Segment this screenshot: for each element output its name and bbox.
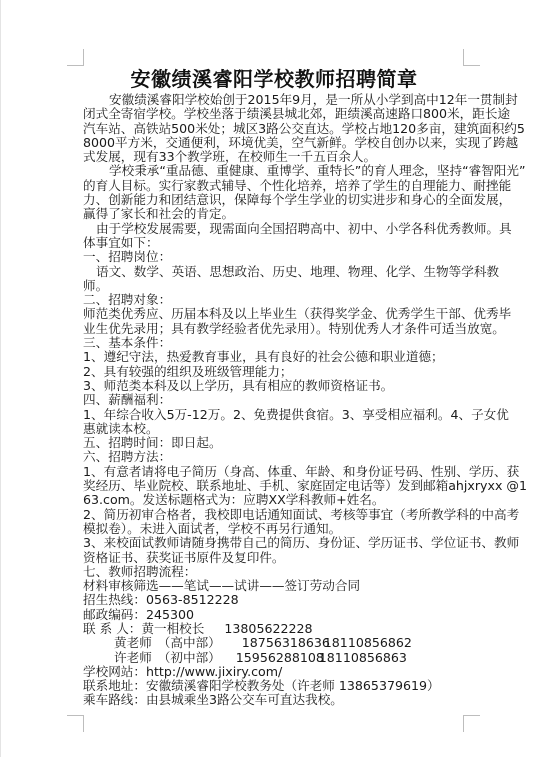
- text-line: 的育人目标。实行家教式辅导、个性化培养，培养了学生的自理能力、耐挫能: [83, 179, 465, 193]
- section-heading: 六、招聘方法：: [83, 450, 465, 464]
- address-value: 安徽绩溪睿阳学校教务处（许老师 13865379619）: [146, 678, 440, 693]
- section-heading: 三、基本条件：: [83, 336, 465, 350]
- section-process: 七、教师招聘流程： 材料审核筛选——笔试——试讲——签订劳动合同: [83, 565, 465, 594]
- route-row: 乘车路线：由县城乘坐3路公交车可直达我校。: [83, 693, 465, 707]
- text-line: 学校秉承“重品德、重健康、重博学、重特长”的育人理念，坚持“睿智阳光”: [83, 164, 465, 178]
- section-heading: 五、招聘时间：即日起。: [83, 436, 465, 450]
- contact-phone: 13805622228: [223, 621, 312, 636]
- section-time: 五、招聘时间：即日起。: [83, 436, 465, 450]
- text-line: 惠就读本校。: [83, 422, 465, 436]
- website-link[interactable]: http://www.jixiry.com/: [146, 664, 282, 679]
- contact-person-row: 黄老师（高中部）1875631863618110856862: [83, 636, 465, 650]
- text-line: 3、师范类本科及以上学历，具有相应的教师资格证书。: [83, 379, 465, 393]
- contact-block: 招生热线：0563-8512228 邮政编码：245300 联 系 人：黄一相校…: [83, 593, 465, 707]
- postcode-label: 邮政编码：: [83, 607, 146, 622]
- contact-name: 黄一相校长: [141, 622, 223, 636]
- contact-person-row: 联 系 人：黄一相校长13805622228: [83, 622, 465, 636]
- document-body: 安徽绩溪睿阳学校教师招聘简章 安徽绩溪睿阳学校始创于2015年9月，是一所从小学…: [83, 66, 465, 708]
- intro-paragraph: 安徽绩溪睿阳学校始创于2015年9月，是一所从小学到高中12年一贯制封 闭式全寄…: [83, 93, 465, 164]
- text-line: 3、来校面试教师请随身携带自己的简历、身份证、学历证书、学位证书、教师: [83, 536, 465, 550]
- address-row: 联系地址：安徽绩溪睿阳学校教务处（许老师 13865379619）: [83, 679, 465, 693]
- margin-corner-bottom-right: [463, 715, 480, 732]
- contact-phone: 18110856862: [324, 635, 412, 650]
- text-line: 力、创新能力和团结意识，保障每个学生学业的切实进步和身心的全面发展，: [83, 193, 465, 207]
- contact-name: 黄老师: [114, 635, 152, 650]
- route-value: 由县城乘坐3路公交车可直达我校。: [146, 692, 343, 707]
- text-line: 师。: [83, 279, 465, 293]
- text-line: 材料审核筛选——笔试——试讲——签订劳动合同: [83, 579, 465, 593]
- text-line: 63.com。发送标题格式为：应聘XX学科教师+姓名。: [83, 493, 465, 507]
- margin-corner-top-right: [463, 49, 480, 66]
- recruit-intro-paragraph: 由于学校发展需要，现需面向全国招聘高中、初中、小学各科优秀教师。具 体事宜如下：: [83, 222, 465, 251]
- hotline-value: 0563-8512228: [146, 592, 239, 607]
- page-edge: [0, 0, 1, 757]
- text-line: 语文、数学、英语、思想政治、历史、地理、物理、化学、生物等学科教: [83, 265, 465, 279]
- text-line: 2、具有较强的组织及班级管理能力；: [83, 365, 465, 379]
- text-line: 1、遵纪守法，热爱教育事业，具有良好的社会公德和职业道德；: [83, 350, 465, 364]
- address-label: 联系地址：: [83, 678, 146, 693]
- hotline-label: 招生热线：: [83, 592, 146, 607]
- section-heading: 二、招聘对象：: [83, 293, 465, 307]
- text-line: 安徽绩溪睿阳学校始创于2015年9月，是一所从小学到高中12年一贯制封: [83, 93, 465, 107]
- website-label: 学校网站：: [83, 664, 146, 679]
- text-line: 奖经历、毕业院校、联系地址、手机、家庭固定电话等）发到邮箱ahjxryxx @1: [83, 479, 465, 493]
- contact-label: 联 系 人：: [83, 621, 141, 636]
- text-line: 师范类优秀应、历届本科及以上毕业生（获得奖学金、优秀学生干部、优秀毕: [83, 307, 465, 321]
- section-benefits: 四、薪酬福利： 1、年综合收入5万-12万。2、免费提供食宿。3、享受相应福利。…: [83, 393, 465, 436]
- contact-dept: （高中部）: [152, 636, 242, 650]
- contact-phone: 15956288108: [236, 651, 319, 665]
- postcode-row: 邮政编码：245300: [83, 608, 465, 622]
- text-line: 汽车站、高铁站500米处；城区3路公交直达。学校占地120多亩，建筑面积约5: [83, 122, 465, 136]
- contact-phone: 18110856863: [319, 650, 407, 665]
- contact-phone: 18756318636: [242, 636, 324, 650]
- text-line: 由于学校发展需要，现需面向全国招聘高中、初中、小学各科优秀教师。具: [83, 222, 465, 236]
- section-requirements: 三、基本条件： 1、遵纪守法，热爱教育事业，具有良好的社会公德和职业道德； 2、…: [83, 336, 465, 393]
- contact-person-row: 许老师（初中部）1595628810818110856863: [83, 651, 465, 665]
- margin-corner-bottom-left: [67, 715, 84, 732]
- text-line: 资格证书、获奖证书原件及复印件。: [83, 551, 465, 565]
- text-line: 式发展，现有33个教学班，在校师生一千五百余人。: [83, 150, 465, 164]
- text-line: 1、年综合收入5万-12万。2、免费提供食宿。3、享受相应福利。4、子女优: [83, 408, 465, 422]
- hotline-row: 招生热线：0563-8512228: [83, 593, 465, 607]
- section-heading: 四、薪酬福利：: [83, 393, 465, 407]
- text-line: 模拟卷）。未进入面试者，学校不再另行通知。: [83, 522, 465, 536]
- website-row: 学校网站：http://www.jixiry.com/: [83, 665, 465, 679]
- text-line: 2、简历初审合格者，我校即电话通知面试、考核等事宜（考所教学科的中高考: [83, 508, 465, 522]
- contact-name: 许老师: [114, 650, 152, 665]
- route-label: 乘车路线：: [83, 692, 146, 707]
- philosophy-paragraph: 学校秉承“重品德、重健康、重博学、重特长”的育人理念，坚持“睿智阳光” 的育人目…: [83, 164, 465, 221]
- section-heading: 七、教师招聘流程：: [83, 565, 465, 579]
- text-line: 1、有意者请将电子简历（身高、体重、年龄、和身份证号码、性别、学历、获: [83, 465, 465, 479]
- section-positions: 一、招聘岗位： 语文、数学、英语、思想政治、历史、地理、物理、化学、生物等学科教…: [83, 250, 465, 293]
- text-line: 8000平方米，交通便利，环境优美，空气新鲜。学校自创办以来，实现了跨越: [83, 136, 465, 150]
- text-line: 体事宜如下：: [83, 236, 465, 250]
- document-title: 安徽绩溪睿阳学校教师招聘简章: [83, 66, 465, 93]
- text-line: 闭式全寄宿学校。学校坐落于绩溪县城北郊，距绩溪高速路口800米，距长途: [83, 107, 465, 121]
- section-heading: 一、招聘岗位：: [83, 250, 465, 264]
- text-line: 赢得了家长和社会的肯定。: [83, 207, 465, 221]
- section-method: 六、招聘方法： 1、有意者请将电子简历（身高、体重、年龄、和身份证号码、性别、学…: [83, 450, 465, 564]
- text-line: 业生优先录用；具有教学经验者优先录用）。特别优秀人才条件可适当放宽。: [83, 322, 465, 336]
- contact-dept: （初中部）: [152, 651, 236, 665]
- postcode-value: 245300: [146, 607, 194, 622]
- section-targets: 二、招聘对象： 师范类优秀应、历届本科及以上毕业生（获得奖学金、优秀学生干部、优…: [83, 293, 465, 336]
- margin-corner-top-left: [67, 49, 84, 66]
